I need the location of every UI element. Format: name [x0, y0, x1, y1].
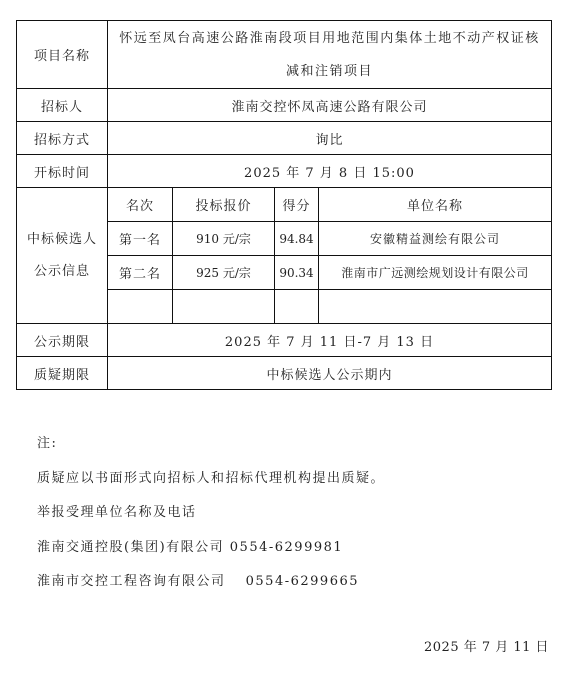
company-cell: 安徽精益测绘有限公司 — [319, 222, 552, 256]
candidates-label-line1: 中标候选人 — [17, 224, 107, 256]
candidates-cell: 名次 投标报价 得分 单位名称 第一名 910 元/宗 94.84 安徽精益测绘… — [108, 188, 552, 324]
notes-heading: 注: — [37, 436, 385, 471]
rank-cell: 第二名 — [108, 256, 173, 290]
notes-line-objection: 质疑应以书面形式向招标人和招标代理机构提出质疑。 — [37, 471, 385, 506]
candidates-label-line2: 公示信息 — [17, 256, 107, 288]
table-row: 第一名 910 元/宗 94.84 安徽精益测绘有限公司 — [108, 222, 552, 256]
price-cell: 910 元/宗 — [173, 222, 275, 256]
tenderer-value: 淮南交控怀凤高速公路有限公司 — [108, 89, 552, 122]
project-name-line1: 怀远至凤台高速公路淮南段项目用地范围内集体土地不动产权证核 — [108, 22, 551, 55]
table-row: 第二名 925 元/宗 90.34 淮南市广远测绘规划设计有限公司 — [108, 256, 552, 290]
objection-period-value: 中标候选人公示期内 — [108, 357, 552, 390]
notes-line-report-title: 举报受理单位名称及电话 — [37, 505, 385, 540]
opening-time-label: 开标时间 — [17, 155, 108, 188]
project-name-value: 怀远至凤台高速公路淮南段项目用地范围内集体土地不动产权证核 减和注销项目 — [108, 21, 552, 89]
header-score: 得分 — [275, 188, 319, 222]
opening-time-value: 2025 年 7 月 8 日 15:00 — [108, 155, 552, 188]
objection-period-label: 质疑期限 — [17, 357, 108, 390]
candidates-header-row: 名次 投标报价 得分 单位名称 — [108, 188, 552, 222]
company-cell: 淮南市广远测绘规划设计有限公司 — [319, 256, 552, 290]
publicity-period-label: 公示期限 — [17, 324, 108, 357]
header-company: 单位名称 — [319, 188, 552, 222]
score-cell — [275, 290, 319, 324]
rank-cell: 第一名 — [108, 222, 173, 256]
candidates-table: 名次 投标报价 得分 单位名称 第一名 910 元/宗 94.84 安徽精益测绘… — [107, 187, 552, 324]
tenderer-label: 招标人 — [17, 89, 108, 122]
publicity-period-value: 2025 年 7 月 11 日-7 月 13 日 — [108, 324, 552, 357]
method-value: 询比 — [108, 122, 552, 155]
notes-line-contact-1: 淮南交通控股(集团)有限公司 0554-6299981 — [37, 540, 385, 575]
company-cell — [319, 290, 552, 324]
method-label: 招标方式 — [17, 122, 108, 155]
project-name-label: 项目名称 — [17, 21, 108, 89]
header-price: 投标报价 — [173, 188, 275, 222]
score-cell: 94.84 — [275, 222, 319, 256]
project-name-line2: 减和注销项目 — [108, 55, 551, 88]
bid-result-table: 项目名称 怀远至凤台高速公路淮南段项目用地范围内集体土地不动产权证核 减和注销项… — [16, 20, 552, 390]
document-date: 2025 年 7 月 11 日 — [424, 636, 549, 655]
notes-section: 注: 质疑应以书面形式向招标人和招标代理机构提出质疑。 举报受理单位名称及电话 … — [37, 436, 385, 609]
notes-line-contact-2: 淮南市交控工程咨询有限公司 0554-6299665 — [37, 574, 385, 609]
score-cell: 90.34 — [275, 256, 319, 290]
price-cell — [173, 290, 275, 324]
table-row — [108, 290, 552, 324]
rank-cell — [108, 290, 173, 324]
price-cell: 925 元/宗 — [173, 256, 275, 290]
candidates-label: 中标候选人 公示信息 — [17, 188, 108, 324]
header-rank: 名次 — [108, 188, 173, 222]
